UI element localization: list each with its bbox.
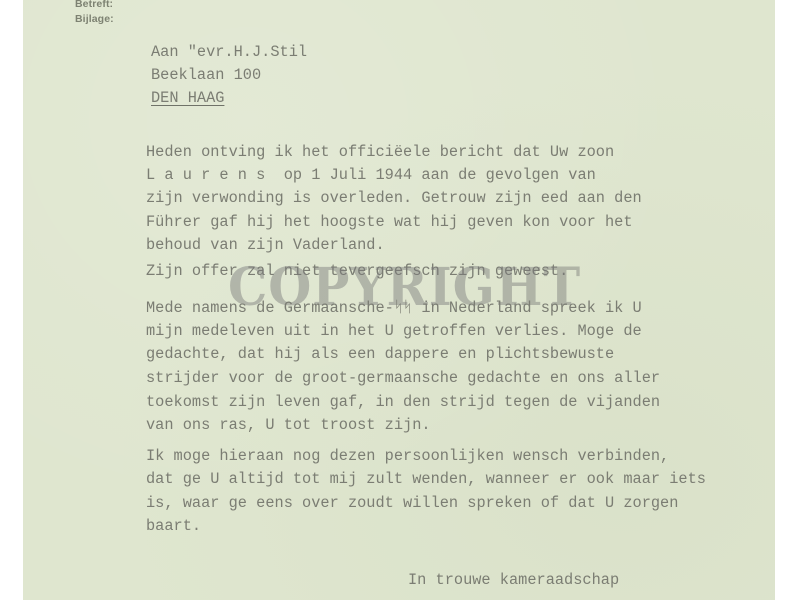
text-line: strijder voor de groot-germaansche gedac… bbox=[146, 371, 660, 386]
recipient-city: DEN HAAG bbox=[151, 91, 224, 106]
text-line: Ik moge hieraan nog dezen persoonlijken … bbox=[146, 449, 669, 464]
letter-page: Betreft: Bijlage: Aan "evr.H.J.Stil Beek… bbox=[23, 0, 775, 600]
text-line: mijn medeleven uit in het U getroffen ve… bbox=[146, 324, 642, 339]
text-line: gedachte, dat hij als een dappere en pli… bbox=[146, 347, 614, 362]
text-line: zijn verwonding is overleden. Getrouw zi… bbox=[146, 191, 642, 206]
text-line: behoud van zijn Vaderland. bbox=[146, 238, 385, 253]
text-line: Führer gaf hij het hoogste wat hij geven… bbox=[146, 215, 633, 230]
text-line: Mede namens de Germaansche-ᛋᛋ in Nederla… bbox=[146, 301, 642, 316]
recipient-name: Aan "evr.H.J.Stil bbox=[151, 45, 307, 60]
text-line: van ons ras, U tot troost zijn. bbox=[146, 418, 431, 433]
text-line: dat ge U altijd tot mij zult wenden, wan… bbox=[146, 472, 706, 487]
text-line: baart. bbox=[146, 519, 201, 534]
closing-salutation: In trouwe kameraadschap bbox=[408, 573, 619, 588]
text-line: is, waar ge eens over zoudt willen sprek… bbox=[146, 496, 678, 511]
text-line: toekomst zijn leven gaf, in den strijd t… bbox=[146, 395, 660, 410]
betreft-label: Betreft: bbox=[75, 0, 113, 10]
text-line: Heden ontving ik het officiëele bericht … bbox=[146, 145, 614, 160]
text-line: L a u r e n s op 1 Juli 1944 aan de gevo… bbox=[146, 168, 596, 183]
recipient-street: Beeklaan 100 bbox=[151, 68, 261, 83]
bijlage-label: Bijlage: bbox=[75, 13, 114, 25]
